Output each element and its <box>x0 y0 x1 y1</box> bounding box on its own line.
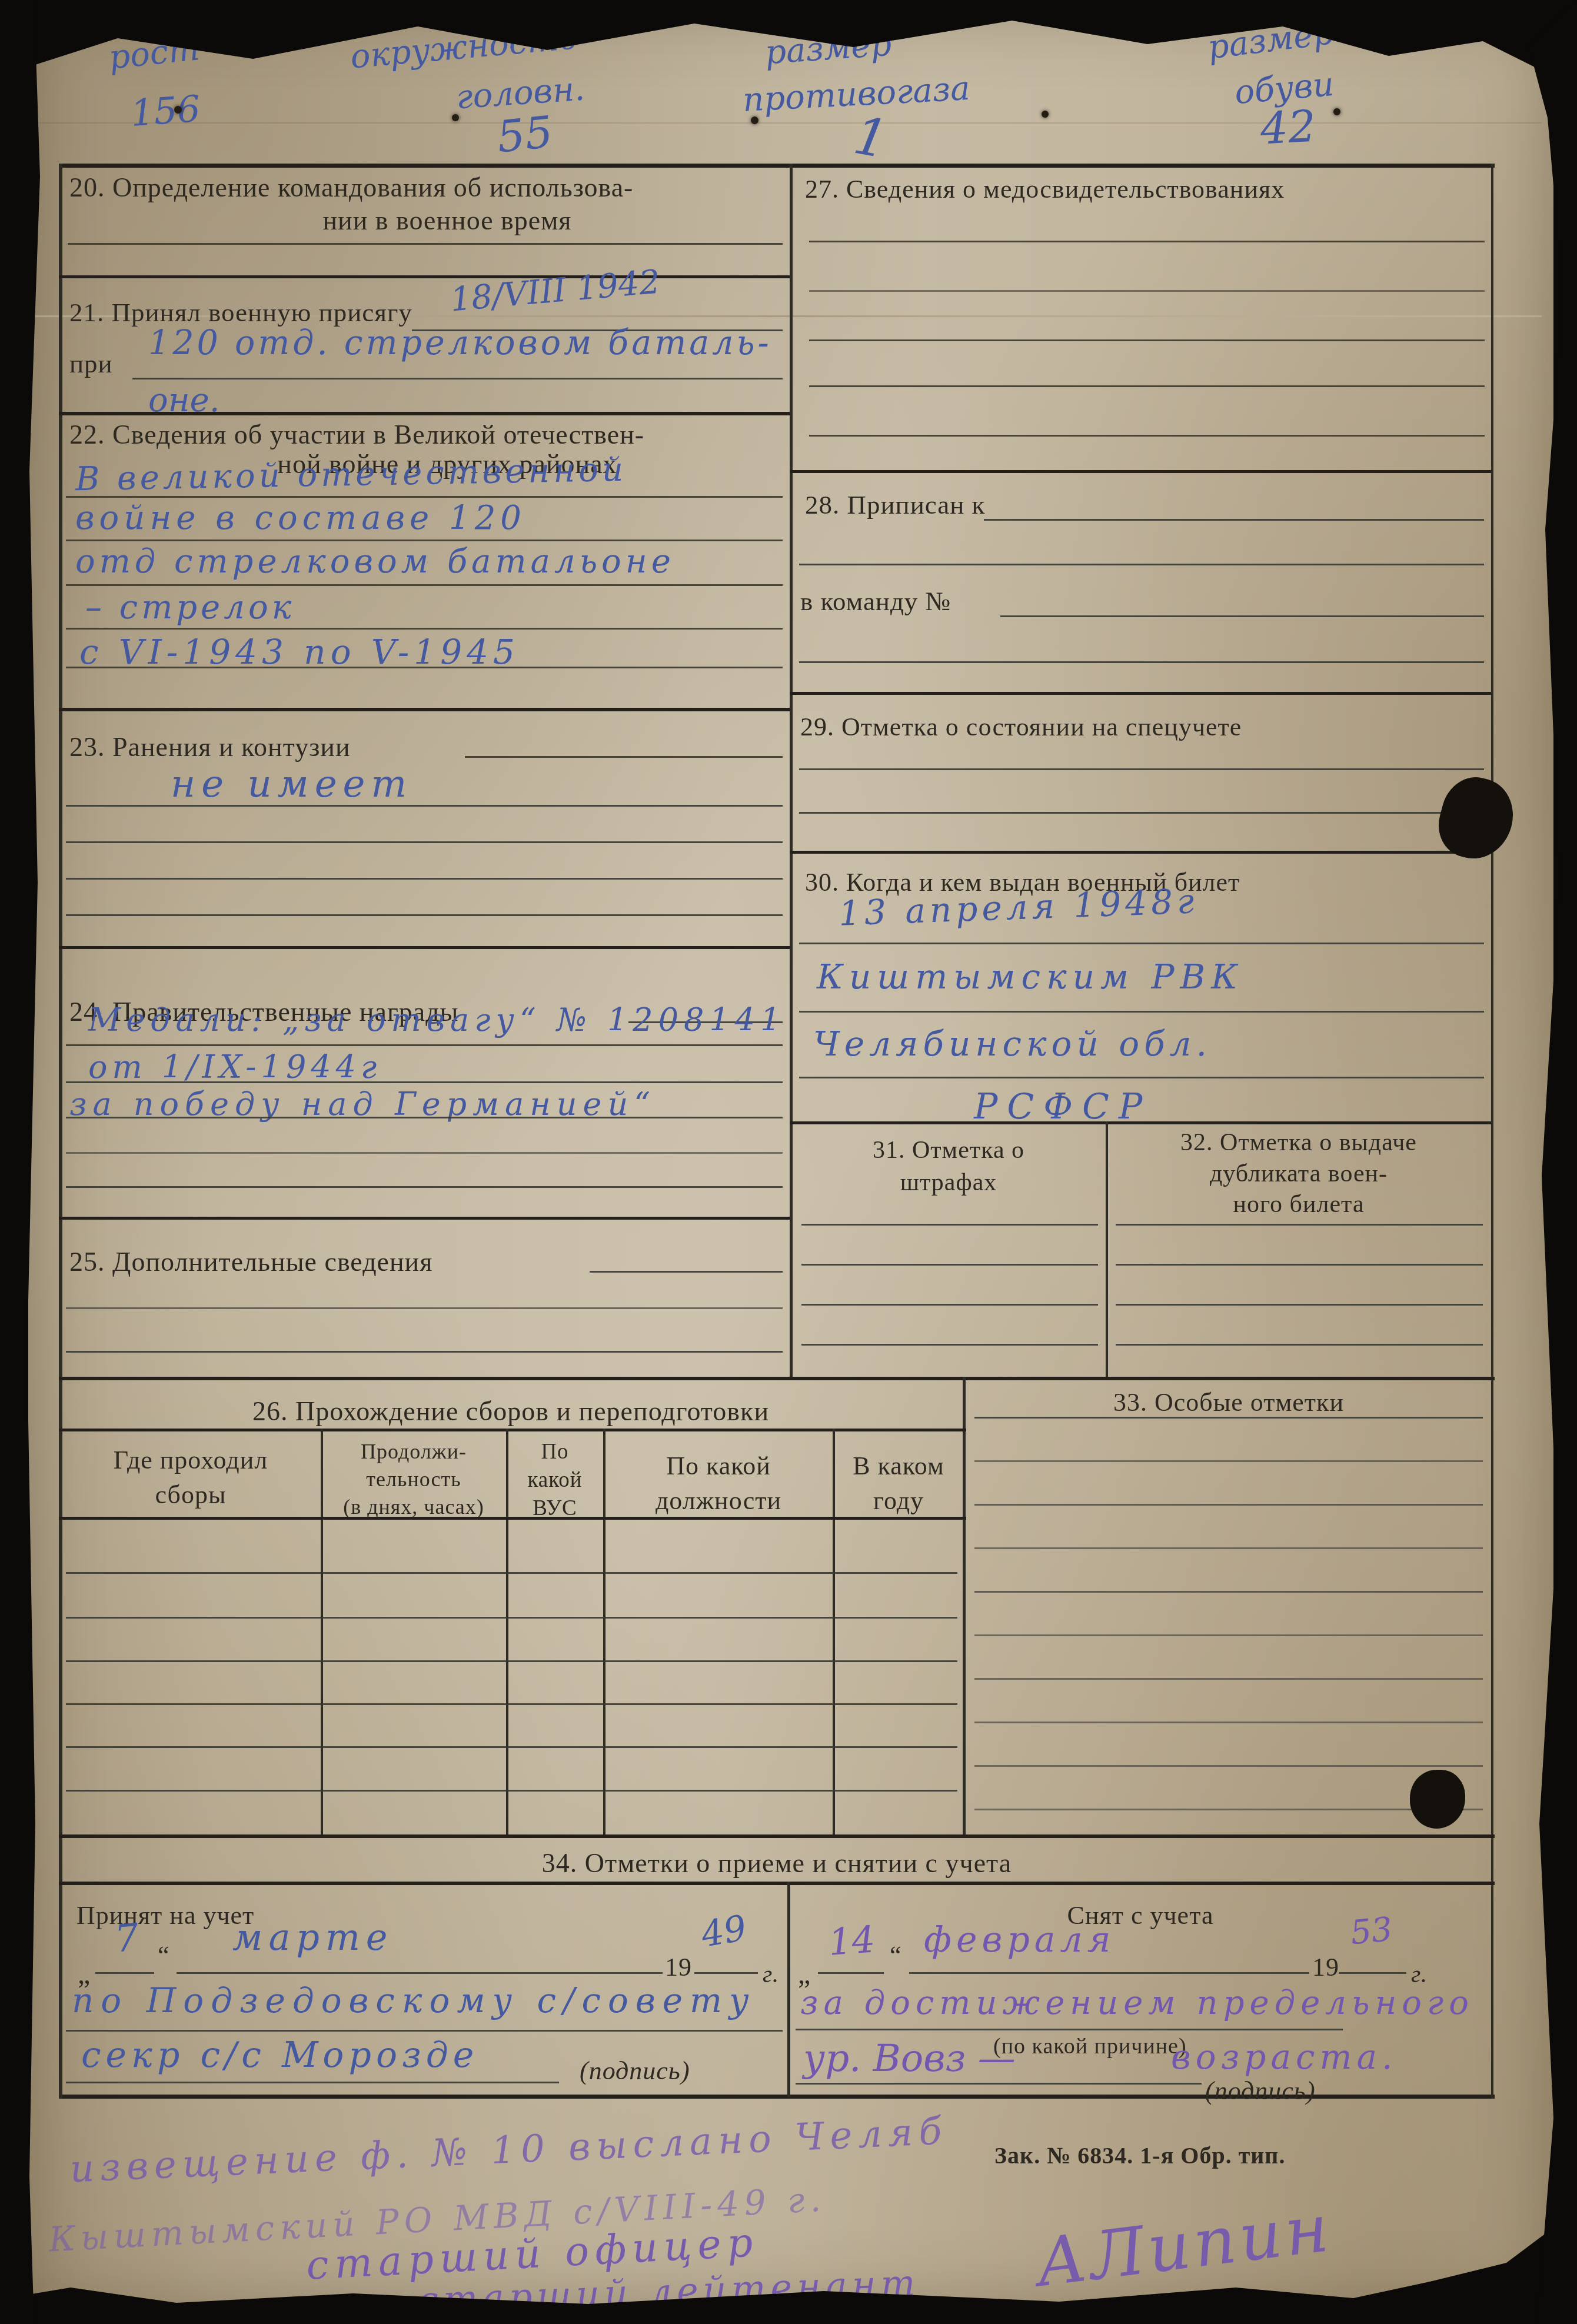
accepted-header: Принят на учет <box>76 1900 254 1930</box>
table-column-divider <box>506 1429 508 1834</box>
table-row-line <box>66 1660 957 1662</box>
ruled-line <box>694 1972 758 1974</box>
ruled-line <box>66 1186 783 1188</box>
ruled-line <box>66 1307 783 1309</box>
ruled-line <box>799 564 1484 565</box>
table-column-divider <box>833 1429 835 1834</box>
ruled-line <box>974 1417 1483 1419</box>
print-order-note: Зак. № 6834. 1-я Обр. тип. <box>994 2142 1285 2169</box>
ruled-line <box>974 1504 1483 1506</box>
ruled-line <box>984 519 1484 521</box>
removed-signature: ур. Вовз — <box>803 2037 1016 2080</box>
ruled-line <box>974 1678 1483 1680</box>
ruled-line <box>1116 1304 1483 1306</box>
removed-reason: за достижением предельного <box>800 1984 1474 2022</box>
accepted-day: 7 <box>113 1916 141 1961</box>
ruled-line <box>66 805 783 807</box>
section-28-label1: 28. Приписан к <box>805 490 985 520</box>
section-29-title: 29. Отметка о состоянии на спецучете <box>800 712 1242 742</box>
section-22-entry-2: войне в составе 120 <box>75 499 526 537</box>
ruled-line <box>799 1011 1484 1013</box>
removed-reason-2: возраста. <box>1171 2037 1398 2077</box>
ruled-line <box>66 628 783 630</box>
ruled-line <box>799 812 1484 814</box>
accepted-year: 49 <box>698 1907 750 1956</box>
ruled-line <box>974 1591 1483 1593</box>
form-border-left <box>59 164 62 2099</box>
section-26-title: 26. Прохождение сборов и переподготовки <box>59 1396 963 1427</box>
table-row-line <box>66 1572 957 1574</box>
section-24-award-1: Медали: „за отвагу“ № 1208141 <box>88 1001 786 1038</box>
section-20-title-line2: нии в военное время <box>112 205 783 236</box>
annotation-height-value: 156 <box>129 87 202 135</box>
table-header-where: Где проходил сборы <box>64 1443 318 1513</box>
section-divider <box>59 1377 1495 1380</box>
section-divider <box>59 1834 1495 1838</box>
ruled-line <box>818 1972 884 1974</box>
section-31-title: 31. Отметка о штрафах <box>796 1134 1102 1198</box>
section-34-title: 34. Отметки о приеме и снятии с учета <box>59 1847 1495 1879</box>
ruled-line <box>66 1351 783 1353</box>
paper-crease <box>35 122 1542 124</box>
removed-year: 53 <box>1349 1910 1395 1952</box>
section-divider <box>790 470 1491 473</box>
ruled-line <box>809 241 1485 242</box>
pin-hole <box>1333 108 1340 115</box>
section-divider <box>790 1121 1491 1124</box>
section-divider <box>59 708 790 711</box>
ruled-line <box>799 943 1484 944</box>
section-32-title: 32. Отметка о выдаче дубликата воен- ног… <box>1113 1127 1484 1220</box>
ruled-line <box>66 667 783 668</box>
ruled-line <box>809 385 1485 387</box>
ruled-line <box>801 1344 1098 1346</box>
ruled-line <box>809 339 1485 341</box>
ruled-line <box>465 756 783 758</box>
print-close-quote: “ <box>158 1940 170 1970</box>
ruled-line <box>1339 1972 1406 1974</box>
pin-hole <box>1042 111 1049 118</box>
ruled-line <box>66 1152 783 1154</box>
section-22-title-line1: 22. Сведения об участии в Великой отечес… <box>69 419 644 450</box>
ruled-line <box>132 378 783 379</box>
table-row-line <box>66 1617 957 1619</box>
table-header-top-rule <box>59 1429 966 1431</box>
ruled-line <box>809 290 1485 292</box>
podpis-label-right: (подпись) <box>1205 2076 1316 2106</box>
ruled-line <box>799 661 1484 663</box>
table-header-duration: Продолжи- тельность (в днях, часах) <box>325 1438 503 1520</box>
pin-hole <box>751 116 758 124</box>
section-21-pre: при <box>69 348 113 379</box>
section-23-entry: не имеет <box>171 763 412 806</box>
table-column-divider <box>321 1429 323 1834</box>
removed-day: 14 <box>827 1917 877 1963</box>
column-divider-26-33 <box>963 1377 966 1836</box>
section-21-unit-line1: 120 отд. стрелковом баталь- <box>148 324 772 362</box>
ruled-line <box>974 1809 1483 1810</box>
ruled-line <box>66 841 783 843</box>
section-22-entry-3: отд стрелковом батальоне <box>75 542 675 581</box>
section-20-title-line1: 20. Определение командования об использо… <box>69 172 633 203</box>
ruled-line <box>1000 615 1484 617</box>
section-divider <box>59 275 790 278</box>
ruled-line <box>66 496 783 498</box>
ruled-line <box>66 1081 783 1083</box>
section-22-entry-4: – стрелок <box>85 588 295 627</box>
ruled-line <box>799 768 1484 770</box>
ruled-line <box>66 878 783 880</box>
removed-month: февраля <box>924 1919 1116 1960</box>
section-23-title: 23. Ранения и контузии <box>69 731 351 763</box>
podpis-label-left: (подпись) <box>580 2056 690 2086</box>
print-g: г. <box>763 1960 779 1989</box>
section-22-entry-5: с VI-1943 по V-1945 <box>79 632 520 672</box>
ruled-line <box>66 1117 783 1118</box>
ruled-line <box>1116 1264 1483 1266</box>
ruled-line <box>66 2030 783 2032</box>
table-header-vus: По какой ВУС <box>510 1438 600 1523</box>
ruled-line <box>1116 1224 1483 1226</box>
ruled-line <box>801 1264 1098 1266</box>
print-close-quote: “ <box>890 1940 902 1970</box>
ruled-line <box>66 914 783 916</box>
accepted-signature-line: секр с/с Морозде <box>81 2035 478 2076</box>
ruled-line <box>796 2029 1343 2030</box>
pin-hole <box>174 106 182 114</box>
section-33-title: 33. Особые отметки <box>966 1387 1491 1417</box>
table-header-bottom-rule <box>59 1517 966 1520</box>
accepted-by-line: по Подзедовскому с/совету <box>72 1980 756 2020</box>
section-divider <box>59 1882 1495 1885</box>
section-27-title: 27. Сведения о медосвидетельствованиях <box>805 174 1285 204</box>
ruled-line <box>68 243 783 245</box>
table-column-divider <box>603 1429 605 1834</box>
ruled-line <box>66 540 783 541</box>
column-divider <box>790 164 793 1380</box>
ruled-line <box>590 1271 783 1273</box>
pin-hole <box>452 114 459 121</box>
ruled-line <box>809 435 1485 437</box>
section-30-entry-2: Киштымским РВК <box>817 957 1243 997</box>
section-divider <box>59 1217 790 1220</box>
ruled-line <box>66 1044 783 1046</box>
ruled-line <box>177 1972 663 1974</box>
section-24-award-2: от 1/IX-1944г <box>88 1048 381 1086</box>
ruled-line <box>66 584 783 586</box>
section-30-entry-3: Челябинской обл. <box>813 1024 1212 1064</box>
ruled-line <box>974 1634 1483 1636</box>
cause-label: (по какой причине) <box>993 2033 1187 2059</box>
section-25-title: 25. Дополнительные сведения <box>69 1246 432 1277</box>
form-border-top <box>59 164 1495 168</box>
table-header-year: В каком году <box>837 1449 960 1519</box>
table-row-line <box>66 1746 957 1748</box>
ruled-line <box>974 1547 1483 1549</box>
ruled-line <box>1116 1344 1483 1346</box>
annotation-head-value: 55 <box>495 106 555 162</box>
ruled-line <box>95 1972 154 1974</box>
ruled-line <box>799 1077 1484 1078</box>
annotation-shoe-value: 42 <box>1259 101 1318 155</box>
ruled-line <box>909 1972 1309 1974</box>
scanned-military-registration-card: { "top_annotations": { "height_label": "… <box>0 0 1577 2324</box>
column-divider-34 <box>787 1882 790 2097</box>
section-divider <box>790 692 1491 695</box>
form-border-right <box>1491 164 1493 2099</box>
section-divider <box>59 412 790 415</box>
ruled-line <box>801 1224 1098 1226</box>
ruled-line <box>974 1460 1483 1462</box>
table-header-position: По какой должности <box>607 1449 830 1519</box>
section-divider <box>59 946 790 949</box>
ruled-line <box>974 1765 1483 1767</box>
print-19: 19 <box>1312 1952 1339 1982</box>
accepted-month: марте <box>232 1916 394 1959</box>
section-28-label2: в команду № <box>800 586 951 617</box>
ruled-line <box>796 2083 1202 2085</box>
ruled-line <box>974 1722 1483 1723</box>
ruled-line <box>801 1304 1098 1306</box>
section-divider <box>790 851 1491 854</box>
table-row-line <box>66 1703 957 1705</box>
print-19: 19 <box>665 1952 692 1982</box>
column-divider-31-32 <box>1106 1121 1108 1379</box>
table-row-line <box>66 1790 957 1792</box>
ruled-line <box>66 2082 559 2083</box>
